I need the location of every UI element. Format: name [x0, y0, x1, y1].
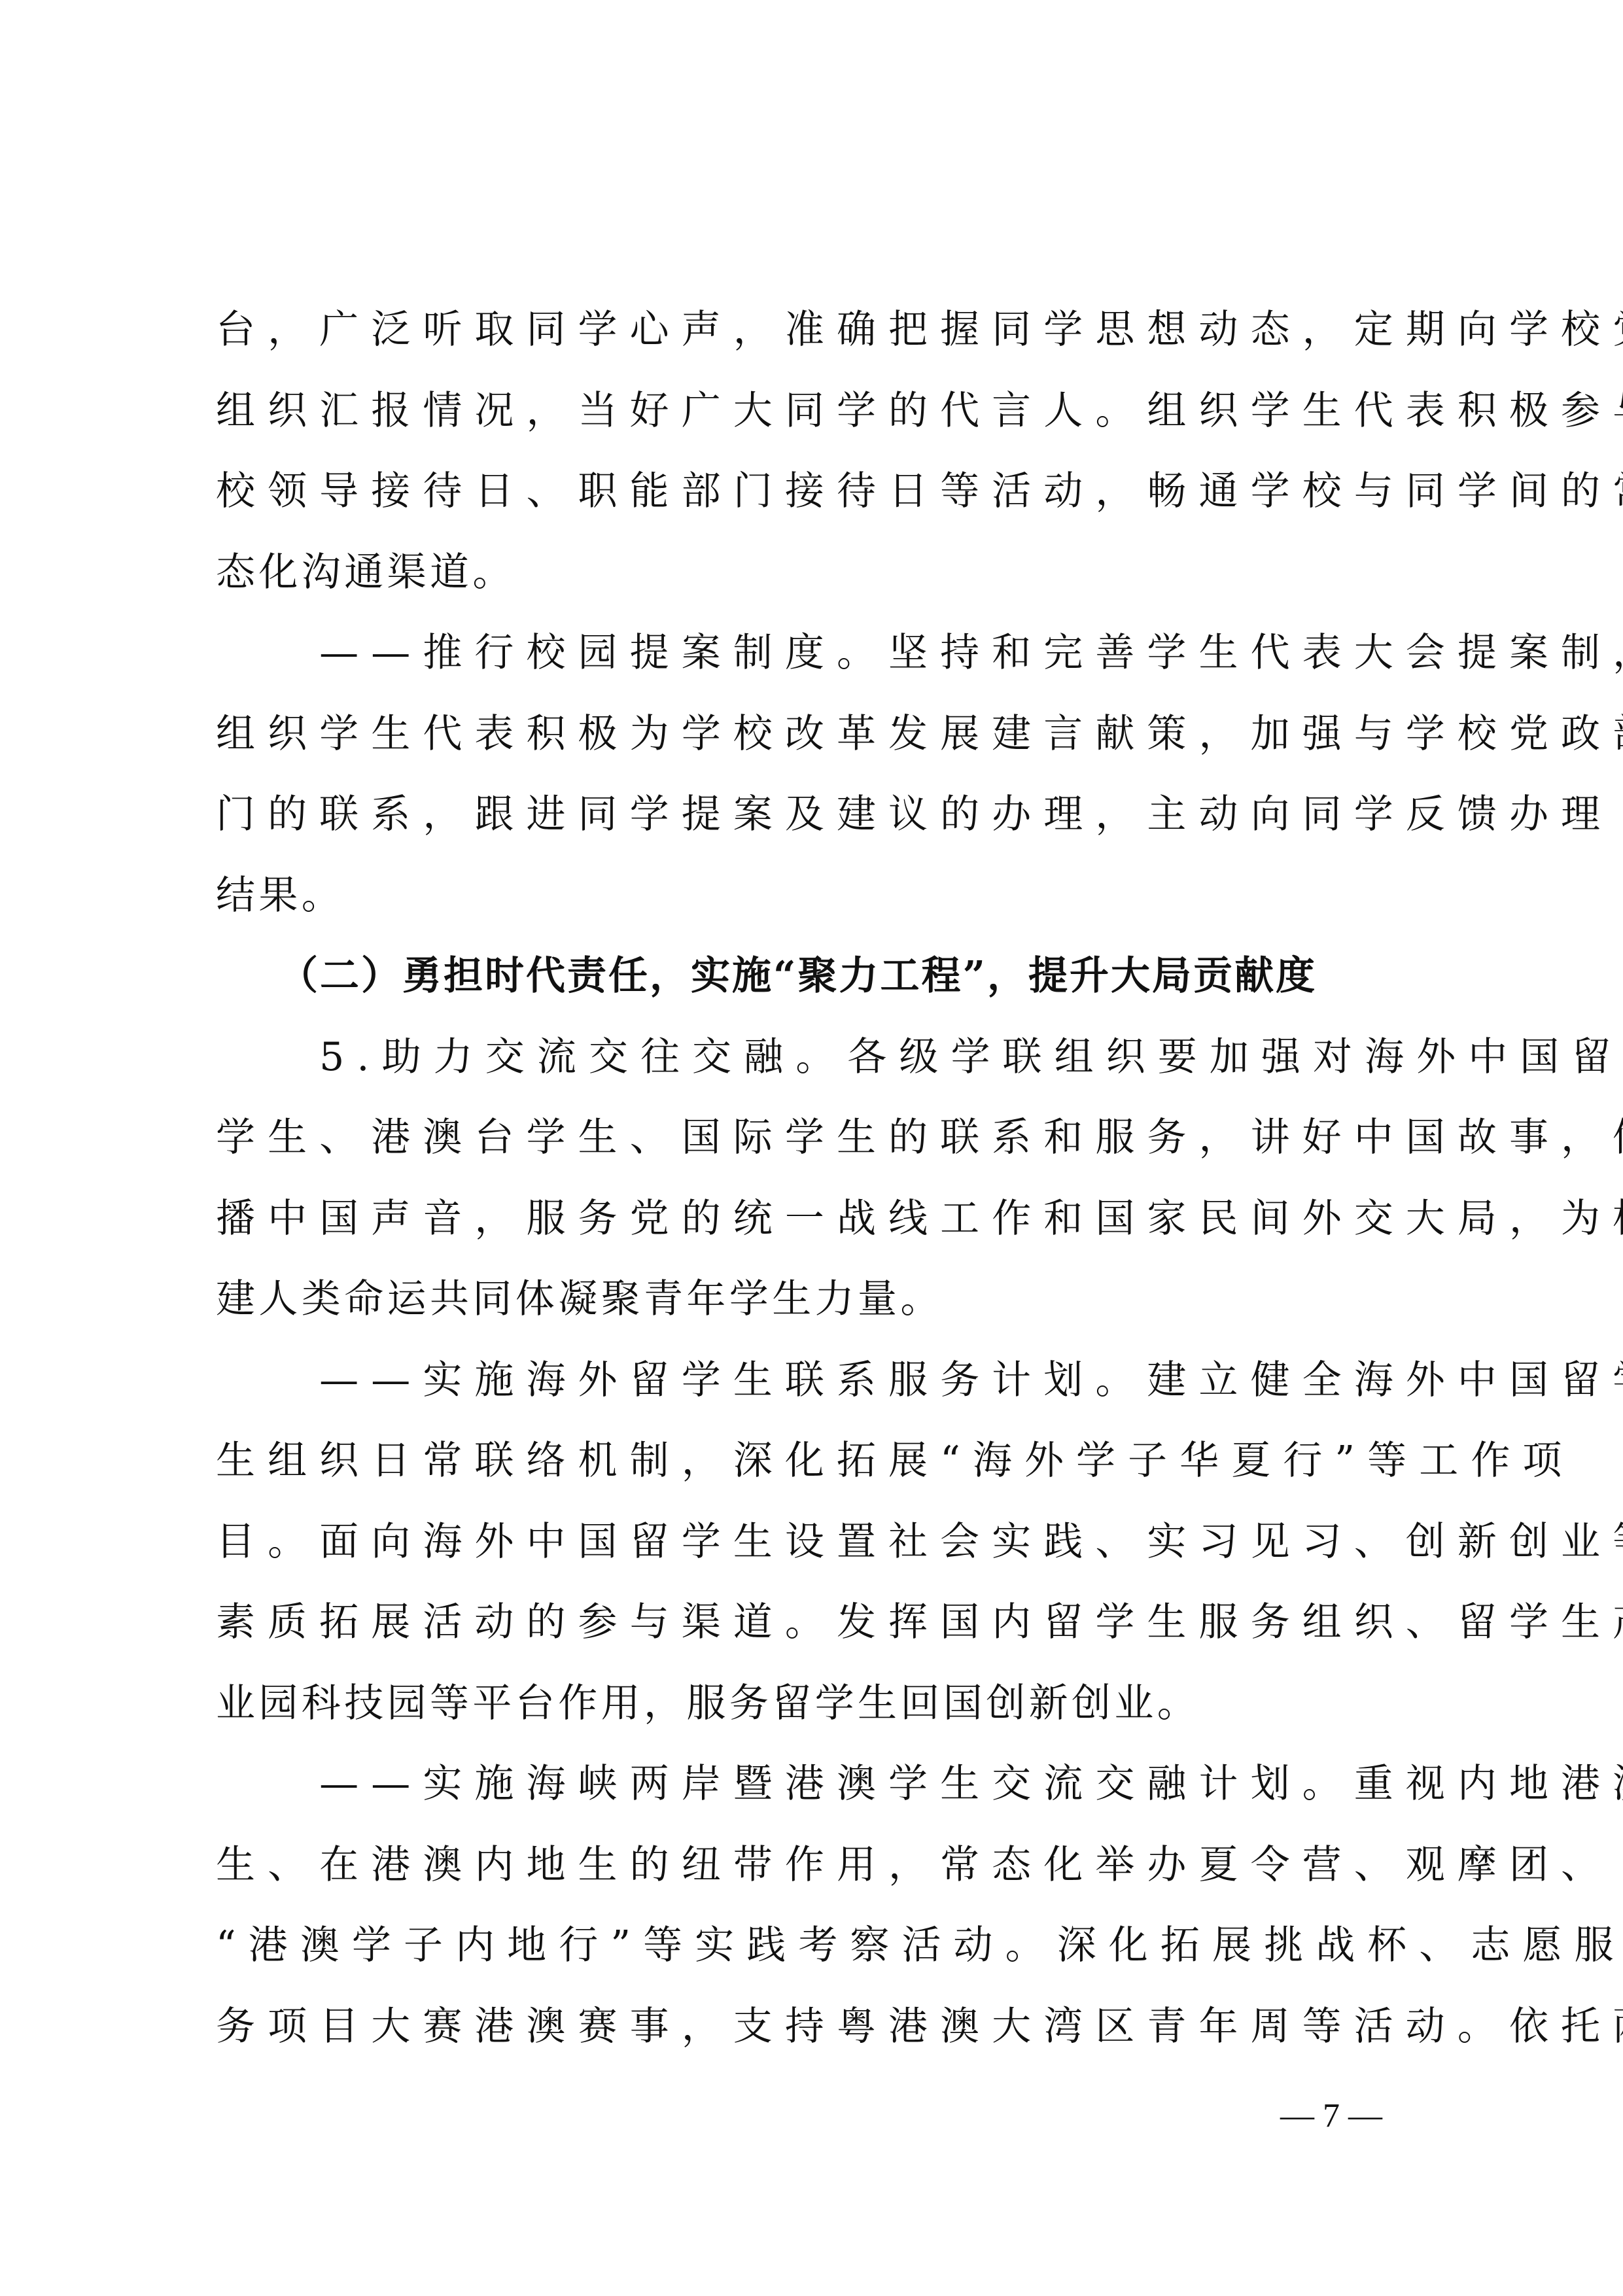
text-line: 播 中 国 声 音 ， 服 务 党 的 统 一 战 线 工 作 和 国 家 民 … — [216, 1179, 1414, 1260]
page-number: — 7 — — [1263, 2093, 1400, 2139]
section-heading: （二）勇担时代责任，实施“聚力工程”，提升大局贡献度 — [216, 936, 1414, 1017]
text-line: 校 领 导 接 待 日 、 职 能 部 门 接 待 日 等 活 动 ， 畅 通 … — [216, 451, 1414, 532]
text-line: 素 质 拓 展 活 动 的 参 与 渠 道 。 发 挥 国 内 留 学 生 服 … — [216, 1582, 1414, 1663]
text-line: 5 . 助 力 交 流 交 往 交 融 。 各 级 学 联 组 织 要 加 强 … — [216, 1017, 1414, 1098]
document-page: 台 ， 广 泛 听 取 同 学 心 声 ， 准 确 把 握 同 学 思 想 动 … — [0, 0, 1623, 2296]
text-line: 学 生 、 港 澳 台 学 生 、 国 际 学 生 的 联 系 和 服 务 ， … — [216, 1098, 1414, 1179]
text-line: 门 的 联 系 ， 跟 进 同 学 提 案 及 建 议 的 办 理 ， 主 动 … — [216, 774, 1414, 856]
text-line: 目 。 面 向 海 外 中 国 留 学 生 设 置 社 会 实 践 、 实 习 … — [216, 1502, 1414, 1583]
text-line: 台 ， 广 泛 听 取 同 学 心 声 ， 准 确 把 握 同 学 思 想 动 … — [216, 290, 1414, 371]
text-line: — — 实 施 海 外 留 学 生 联 系 服 务 计 划 。 建 立 健 全 … — [216, 1340, 1414, 1421]
text-line: 结果。 — [216, 856, 1414, 937]
text-line: 业园科技园等平台作用，服务留学生回国创新创业。 — [216, 1663, 1414, 1745]
text-line: — — 实 施 海 峡 两 岸 暨 港 澳 学 生 交 流 交 融 计 划 。 … — [216, 1744, 1414, 1825]
text-line: 生 、 在 港 澳 内 地 生 的 纽 带 作 用 ， 常 态 化 举 办 夏 … — [216, 1825, 1414, 1906]
text-line: 态化沟通渠道。 — [216, 532, 1414, 614]
text-line: 组 织 学 生 代 表 积 极 为 学 校 改 革 发 展 建 言 献 策 ， … — [216, 694, 1414, 775]
text-line: — — 推 行 校 园 提 案 制 度 。 坚 持 和 完 善 学 生 代 表 … — [216, 613, 1414, 694]
body-text: 台 ， 广 泛 听 取 同 学 心 声 ， 准 确 把 握 同 学 思 想 动 … — [216, 290, 1414, 2067]
text-line: 建人类命运共同体凝聚青年学生力量。 — [216, 1259, 1414, 1340]
text-line: 组 织 汇 报 情 况 ， 当 好 广 大 同 学 的 代 言 人 。 组 织 … — [216, 371, 1414, 452]
text-line: 生 组 织 日 常 联 络 机 制 ， 深 化 拓 展 “ 海 外 学 子 华 … — [216, 1421, 1414, 1502]
text-line: “ 港 澳 学 子 内 地 行 ” 等 实 践 考 察 活 动 。 深 化 拓 … — [216, 1905, 1414, 1987]
text-line: 务 项 目 大 赛 港 澳 赛 事 ， 支 持 粤 港 澳 大 湾 区 青 年 … — [216, 1987, 1414, 2068]
